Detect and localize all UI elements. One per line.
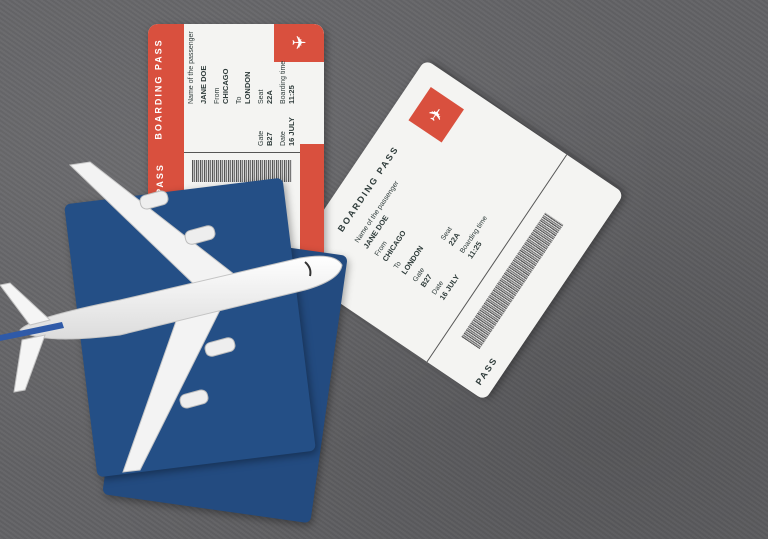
toy-airplane bbox=[0, 0, 768, 539]
